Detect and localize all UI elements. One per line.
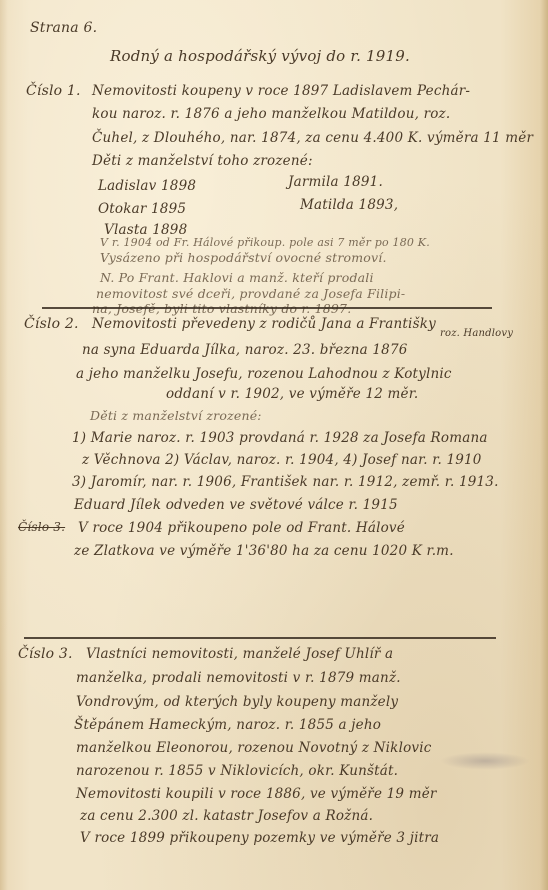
entry-3-line: manželka, prodali nemovitosti v r. 1879 … <box>76 670 401 686</box>
entry-1-line: Nemovitosti koupeny v roce 1897 Ladislav… <box>92 83 470 99</box>
document-page: Strana 6. Rodný a hospodářský vývoj do r… <box>0 0 548 890</box>
entry-1-label: Číslo 1. <box>26 83 81 99</box>
entry-3-line: manželkou Eleonorou, rozenou Novotný z N… <box>76 740 432 756</box>
entry-3-line: Vondrovým, od kterých byly koupeny manže… <box>76 694 398 710</box>
entry-1-note: nemovitost své dceři, provdané za Josefa… <box>96 286 405 301</box>
entry-3-line: Nemovitosti koupili v roce 1886, ve výmě… <box>76 786 437 802</box>
entry-1-note: N. Po Frant. Haklovi a manž. kteří proda… <box>100 270 374 285</box>
entry-2-label: Číslo 2. <box>24 316 79 332</box>
entry-2-line: na syna Eduarda Jílka, naroz. 23. března… <box>82 342 408 358</box>
entry-3-label: Číslo 3. <box>18 646 73 662</box>
child-name: Matilda 1893, <box>300 197 398 213</box>
entry-2-note: ze Zlatkova ve výměře 1'36'80 ha za cenu… <box>74 543 454 559</box>
page-title: Rodný a hospodářský vývoj do r. 1919. <box>110 47 410 65</box>
entry-2-note: Eduard Jílek odveden ve světové válce r.… <box>74 497 398 513</box>
entry-2-child-line: 3) Jaromír, nar. r. 1906, František nar.… <box>72 474 499 490</box>
entry-1-line: Čuhel, z Dlouhého, nar. 1874, za cenu 4.… <box>92 130 533 146</box>
entry-3-line: Štěpánem Hameckým, naroz. r. 1855 a jeho <box>74 717 381 733</box>
entry-1-note: na, Josefě, byli tito vlastníky do r. 18… <box>92 301 351 316</box>
child-name: Jarmila 1891. <box>288 174 383 190</box>
ink-smudge <box>440 752 530 770</box>
entry-1-note: Vysázeno při hospodářství ovocné stromov… <box>100 250 387 265</box>
entry-3-line: za cenu 2.300 zl. katastr Josefov a Rožn… <box>80 808 373 824</box>
section-divider <box>42 307 492 309</box>
page-header: Strana 6. <box>30 20 97 36</box>
entry-2-child-line: z Věchnova 2) Václav, naroz. r. 1904, 4)… <box>82 452 482 468</box>
entry-1-line: kou naroz. r. 1876 a jeho manželkou Mati… <box>92 106 450 122</box>
entry-2-note: V roce 1904 přikoupeno pole od Frant. Há… <box>78 520 405 536</box>
entry-2-child-line: 1) Marie naroz. r. 1903 provdaná r. 1928… <box>72 430 488 446</box>
entry-3-line: narozenou r. 1855 v Niklovicích, okr. Ku… <box>76 763 398 779</box>
entry-2-line: oddaní v r. 1902, ve výměře 12 měr. <box>166 386 418 402</box>
child-name: Otokar 1895 <box>98 201 186 217</box>
struck-label: Číslo 3. <box>18 520 65 534</box>
child-name: Ladislav 1898 <box>98 178 196 194</box>
entry-3-line: Vlastníci nemovitosti, manželé Josef Uhl… <box>86 646 393 662</box>
entry-2-children-heading: Děti z manželství zrozené: <box>90 408 262 423</box>
entry-2-line: a jeho manželku Josefu, rozenou Lahodnou… <box>76 366 452 382</box>
entry-1-note: V r. 1904 od Fr. Hálové přikoup. pole as… <box>100 236 430 249</box>
section-divider <box>24 637 496 639</box>
entry-1-line: Děti z manželství toho zrozené: <box>92 153 313 169</box>
entry-3-line: V roce 1899 přikoupeny pozemky ve výměře… <box>80 830 439 846</box>
entry-2-line: Nemovitosti převedeny z rodičů Jana a Fr… <box>92 316 436 332</box>
entry-2-insertion: roz. Handlovy <box>440 328 513 339</box>
